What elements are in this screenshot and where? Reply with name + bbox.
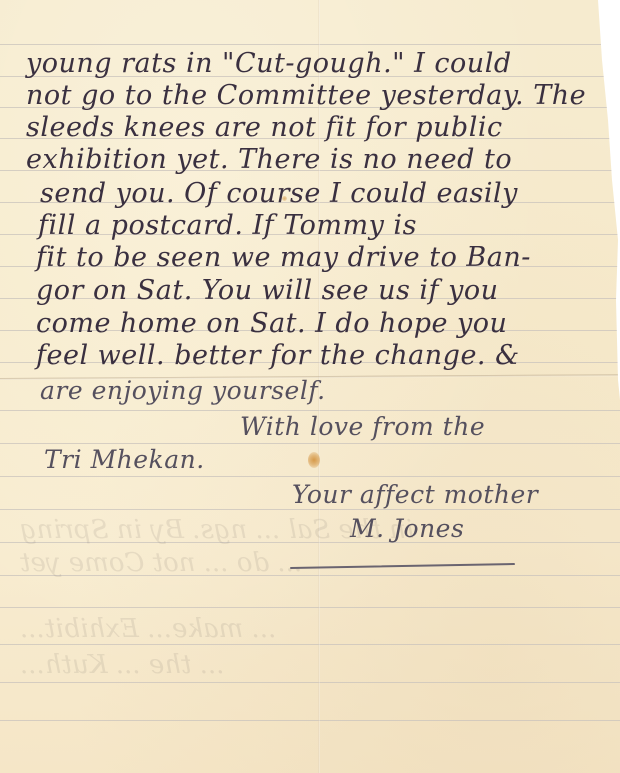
signature-underline xyxy=(290,563,515,569)
body-line: fill a postcard. If Tommy is xyxy=(38,212,417,239)
body-line: send you. Of course I could easily xyxy=(40,180,518,207)
body-line: sleeds knees are not fit for public xyxy=(26,114,503,141)
letter-paper: in the Sal ... ngs. By in Spring ... do … xyxy=(0,0,620,773)
closing-line: Tri Mhekan. xyxy=(44,447,205,472)
body-line: exhibition yet. There is no need to xyxy=(26,146,512,173)
body-line: young rats in "Cut-gough." I could xyxy=(26,50,512,77)
signature: M. Jones xyxy=(350,516,464,541)
closing-line: With love from the xyxy=(240,414,485,439)
body-line: are enjoying yourself. xyxy=(40,378,326,403)
valediction: Your affect mother xyxy=(292,482,538,507)
body-line: come home on Sat. I do hope you xyxy=(36,310,507,337)
letter-body: young rats in "Cut-gough." I could not g… xyxy=(0,0,620,773)
body-line: gor on Sat. You will see us if you xyxy=(36,277,499,304)
body-line: feel well. better for the change. & xyxy=(36,342,520,369)
body-line: not go to the Committee yesterday. The xyxy=(26,82,586,109)
body-line: fit to be seen we may drive to Ban- xyxy=(36,244,531,271)
